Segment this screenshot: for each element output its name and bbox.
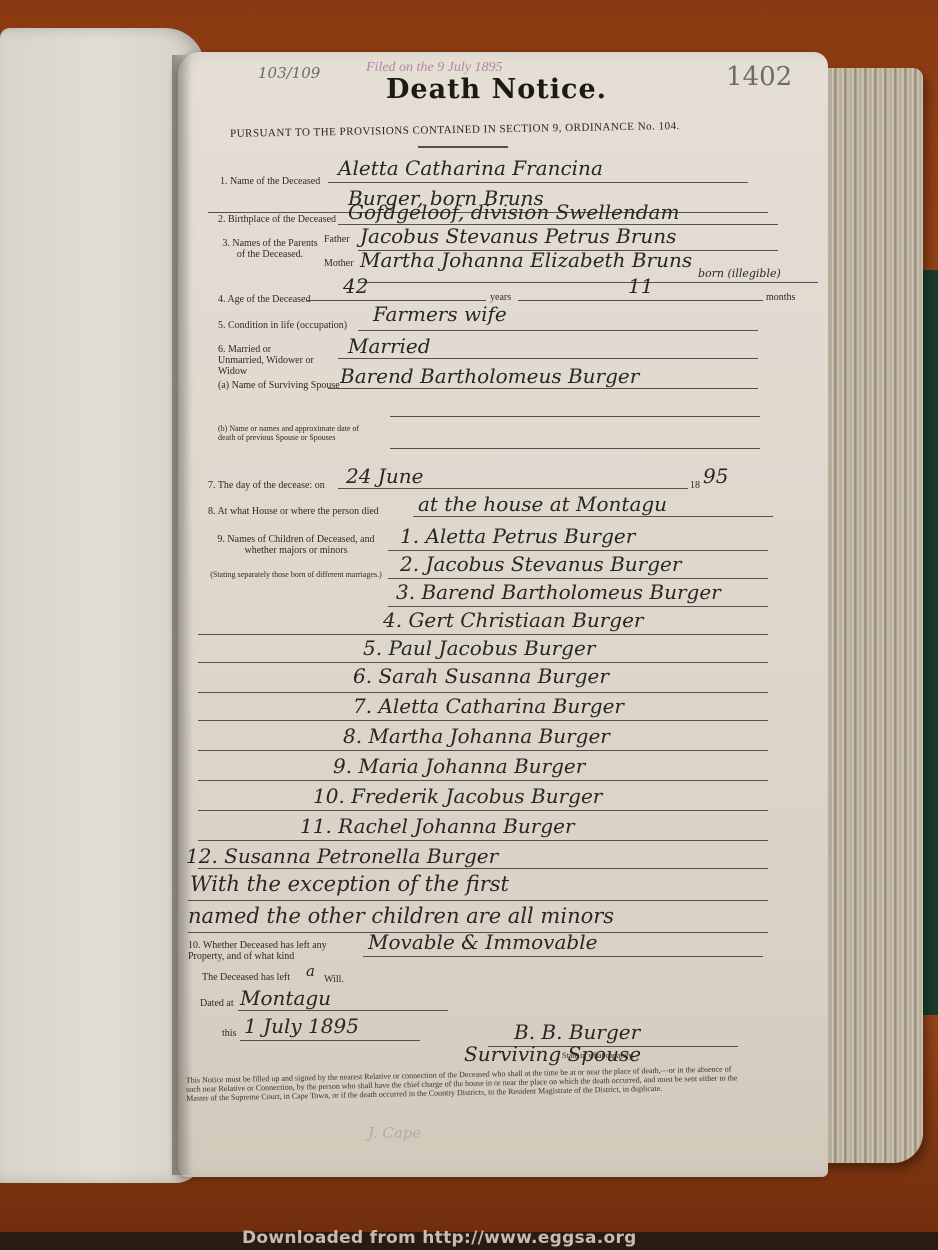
rule [363,956,763,957]
this-label: this [222,1028,236,1039]
rule [238,1010,448,1011]
mother-value: Martha Johanna Elizabeth Bruns [360,248,692,272]
rule [306,300,486,301]
source-watermark: Downloaded from http://www.eggsa.org [242,1228,637,1248]
child-7: 7. Aletta Catharina Burger [353,694,624,718]
age-years: 42 [343,274,368,298]
death-notice-page: 103/109 Filed on the 9 July 1895 1402 De… [178,52,828,1177]
child-9: 9. Maria Johanna Burger [333,754,585,778]
death-day-label: 7. The day of the decease: on [208,480,325,491]
child-6: 6. Sarah Susanna Burger [353,664,609,688]
rule [188,900,768,901]
occupation-value: Farmers wife [373,302,507,326]
rule [198,868,768,869]
child-8: 8. Martha Johanna Burger [343,724,610,748]
rule [388,578,768,579]
dated-at-value: Montagu [240,986,331,1010]
death-day-value: 24 June [346,464,423,488]
rule [198,840,768,841]
will-suffix: Will. [324,974,344,985]
property-label: 10. Whether Deceased has left any Proper… [188,940,358,962]
death-place-value: at the house at Montagu [418,492,667,516]
children-remark-1: With the exception of the first [190,872,509,896]
rule [338,358,758,359]
page-stack-edge [818,68,923,1163]
rule [390,448,760,449]
reference-number: 103/109 [258,64,320,82]
rule [198,810,768,811]
marital-label: 6. Married or Unmarried, Widower or Wido… [218,344,318,377]
capacity-value: Surviving Spouse [464,1042,641,1066]
rule [338,488,688,489]
death-year-prefix: 18 [690,480,700,491]
marital-value: Married [348,334,431,358]
rule [198,720,768,721]
signature: B. B. Burger [514,1020,640,1044]
rule [198,692,768,693]
child-1: 1. Aletta Petrus Burger [400,524,635,548]
birthplace-label: 2. Birthplace of the Deceased [218,214,336,225]
parents-label: 3. Names of the Parents of the Deceased. [220,238,320,260]
child-3: 3. Barend Bartholomeus Burger [396,580,721,604]
notice-number: 1402 [726,62,792,92]
father-value: Jacobus Stevanus Petrus Bruns [360,224,676,248]
mother-note: born (illegible) [698,267,781,280]
child-5: 5. Paul Jacobus Burger [363,636,595,660]
rule [328,388,758,389]
rule [388,606,768,607]
child-10: 10. Frederik Jacobus Burger [313,784,602,808]
months-label: months [766,292,795,303]
age-label: 4. Age of the Deceased [218,294,310,305]
date-signed: 1 July 1895 [244,1014,359,1038]
name-label: 1. Name of the Deceased [220,176,320,187]
rule [388,550,768,551]
child-11: 11. Rachel Johanna Burger [300,814,575,838]
footnote: This Notice must be filled up and signed… [186,1064,746,1103]
father-label: Father [324,234,350,245]
spouse-label: (a) Name of Surviving Spouse [218,380,340,391]
rule [198,780,768,781]
property-value: Movable & Immovable [368,930,597,954]
rule [358,282,818,283]
rule [413,516,773,517]
gutter-shadow [172,55,192,1175]
bottom-pencil-note: J. Cape [368,1124,421,1142]
death-place-label: 8. At what House or where the person die… [208,506,379,517]
name-value-1: Aletta Catharina Francina [338,156,603,180]
previous-spouse-label: (b) Name or names and approximate date o… [218,424,378,442]
child-12: 12. Susanna Petronella Burger [186,844,498,868]
spouse-value: Barend Bartholomeus Burger [340,364,639,388]
children-note: (Stating separately those born of differ… [206,570,386,579]
age-months: 11 [628,274,653,298]
death-year-suffix: 95 [703,464,728,488]
child-4: 4. Gert Christiaan Burger [383,608,643,632]
rule [328,182,748,183]
rule [390,416,760,417]
page-title: Death Notice. [386,74,607,105]
occupation-label: 5. Condition in life (occupation) [218,320,347,331]
child-2: 2. Jacobus Stevanus Burger [400,552,681,576]
rule [198,750,768,751]
rule [198,634,768,635]
rule [358,330,758,331]
children-remark-2: named the other children are all minors [188,904,614,928]
will-value: a [306,962,315,980]
rule [240,1040,420,1041]
will-prefix: The Deceased has left [202,972,290,983]
children-label: 9. Names of Children of Deceased, and wh… [206,534,386,556]
rule [518,300,763,301]
dated-at-label: Dated at [200,998,234,1009]
birthplace-value: Gofdgeloof, division Swellendam [348,200,679,224]
ordinance-header: PURSUANT TO THE PROVISIONS CONTAINED IN … [230,120,680,140]
divider [418,146,508,148]
rule [198,662,768,663]
mother-label: Mother [324,258,353,269]
